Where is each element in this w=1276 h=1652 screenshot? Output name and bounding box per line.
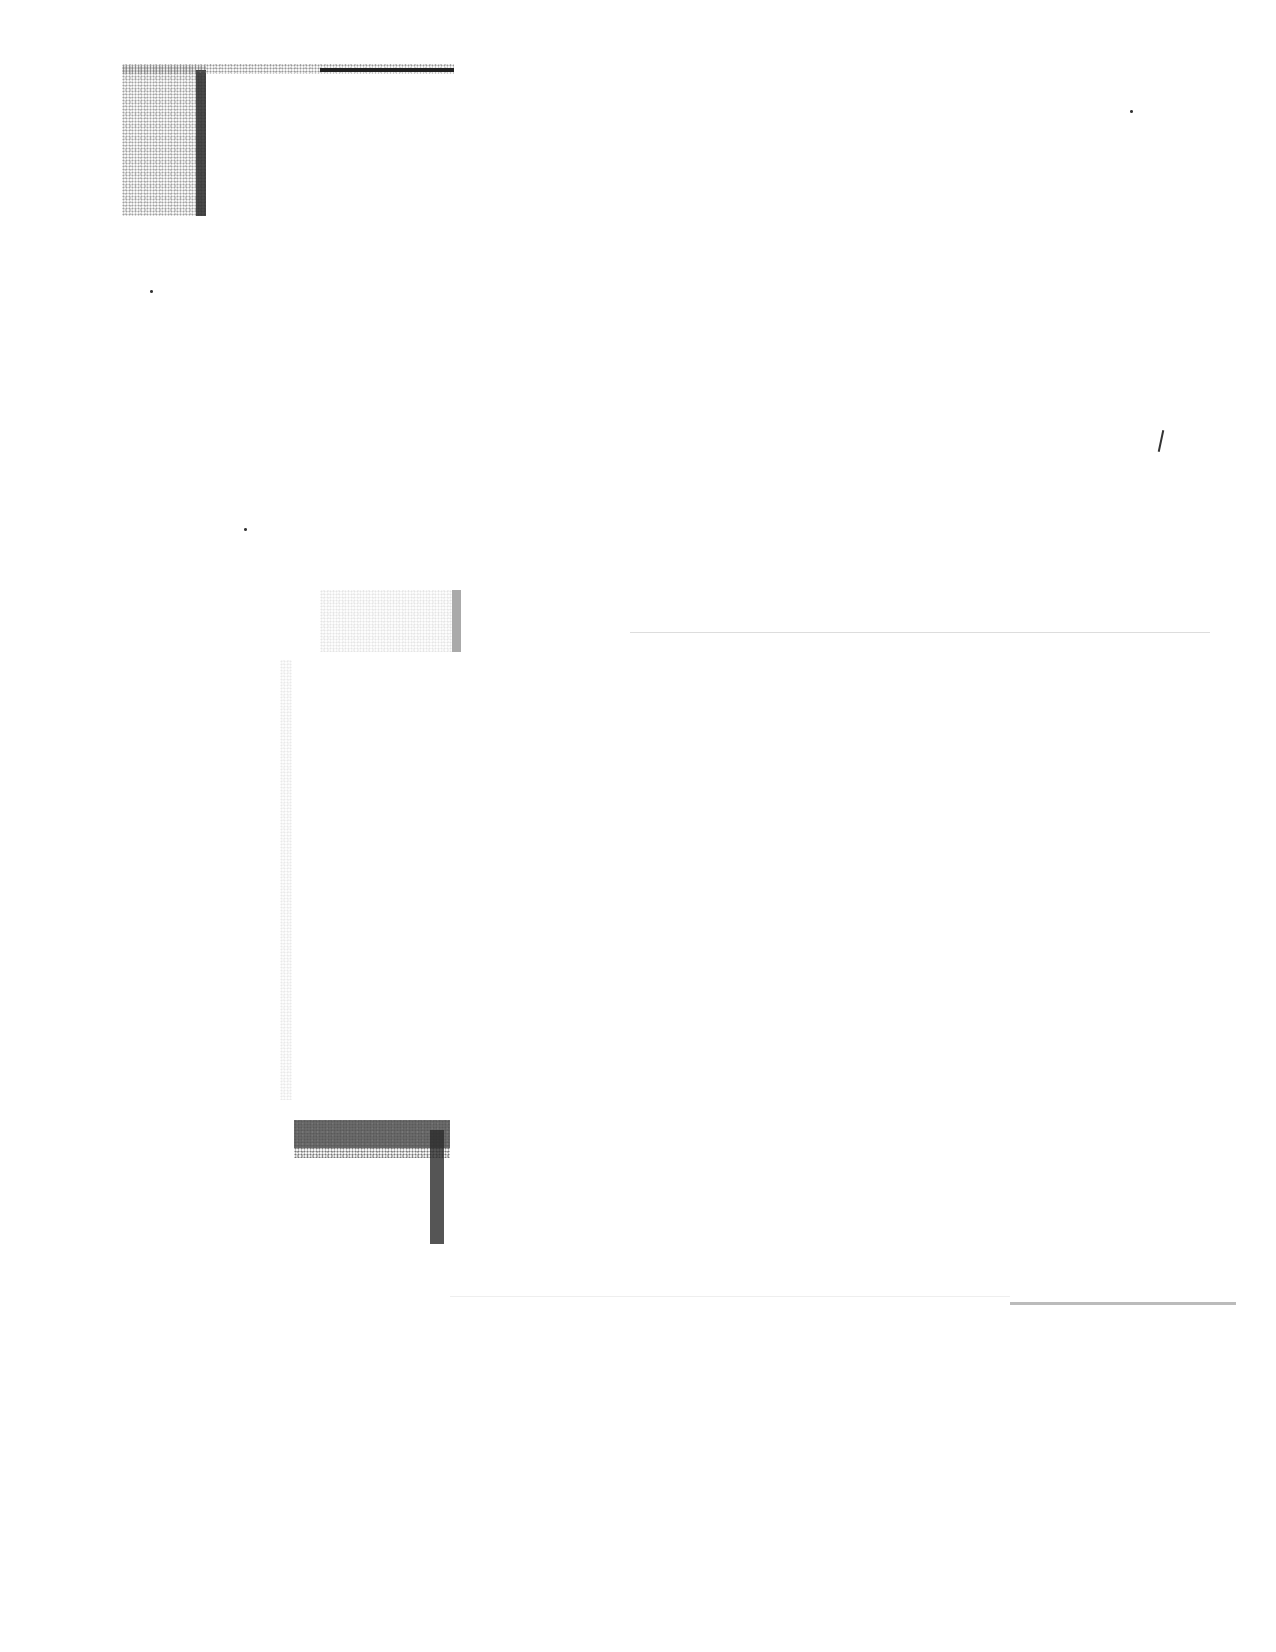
scan-artifact-bottom-corner: [294, 1120, 450, 1158]
scan-artifact-middle-bar: [452, 590, 461, 652]
scanned-page: [0, 0, 1276, 1652]
scan-artifact-middle-edge: [280, 660, 292, 1100]
scan-artifact-top-left-edge: [196, 70, 206, 216]
scan-artifact-top-edge-dark: [320, 68, 454, 72]
scan-artifact-stroke: [1158, 430, 1165, 452]
scan-artifact-bottom-rule: [450, 1296, 1010, 1297]
scan-artifact-bottom-edge: [430, 1130, 444, 1244]
scan-artifact-middle-corner: [320, 590, 460, 652]
scan-speck: [150, 290, 153, 293]
scan-artifact-top-left-block: [122, 66, 206, 216]
scan-artifact-faint-rule: [630, 632, 1210, 633]
scan-artifact-bottom-right-rule: [1010, 1302, 1236, 1305]
scan-speck: [1130, 110, 1133, 113]
scan-speck: [244, 528, 247, 531]
